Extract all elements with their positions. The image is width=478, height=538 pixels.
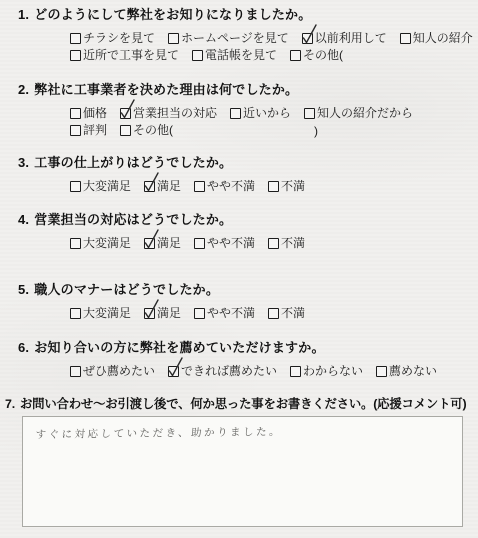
option-row: 大変満足満足やや不満不満 <box>70 235 468 252</box>
checkbox-option[interactable]: 電話帳を見て <box>192 47 277 64</box>
checkbox[interactable] <box>192 50 203 61</box>
question-block: 3.工事の仕上がりはどうでしたか。大変満足満足やや不満不満 <box>18 155 468 195</box>
checkbox-option[interactable]: 近所で工事を見て <box>70 47 179 64</box>
option-label: その他( <box>133 122 173 139</box>
question-title-text: 営業担当の対応はどうでしたか。 <box>34 212 232 227</box>
checkbox-option[interactable]: チラシを見て <box>70 30 155 47</box>
checkbox[interactable] <box>120 125 131 136</box>
checkbox[interactable] <box>194 181 205 192</box>
option-label: その他( <box>303 47 343 64</box>
option-label: 近いから <box>243 105 291 122</box>
checkbox-checked[interactable] <box>144 181 155 192</box>
option-label: 満足 <box>157 305 181 322</box>
checkbox-option[interactable]: その他() <box>120 122 318 139</box>
option-label: 不満 <box>281 178 305 195</box>
checkbox-option[interactable]: その他() <box>290 47 478 64</box>
option-row: 近所で工事を見て電話帳を見てその他() <box>70 47 468 64</box>
checkbox-option[interactable]: ぜひ薦めたい <box>70 363 155 380</box>
question-number: 3. <box>18 155 29 170</box>
checkbox-option[interactable]: 知人の紹介だから <box>304 105 413 122</box>
option-row: 大変満足満足やや不満不満 <box>70 305 468 322</box>
question-number: 6. <box>18 340 29 355</box>
question-title-text: どのようにして弊社をお知りになりましたか。 <box>34 7 311 22</box>
question-number: 5. <box>18 282 29 297</box>
checkbox-checked[interactable] <box>120 108 131 119</box>
checkbox[interactable] <box>70 125 81 136</box>
option-label: 近所で工事を見て <box>83 47 179 64</box>
checkbox-option[interactable]: 営業担当の対応 <box>120 105 217 122</box>
question-block: 6.お知り合いの方に弊社を薦めていただけますか。ぜひ薦めたいできれば薦めたいわか… <box>18 340 468 380</box>
checkbox[interactable] <box>70 181 81 192</box>
question-options: 大変満足満足やや不満不満 <box>18 305 468 322</box>
checkbox-option[interactable]: 満足 <box>144 235 181 252</box>
question-title-text: 弊社に工事業者を決めた理由は何でしたか。 <box>34 82 298 97</box>
checkbox-option[interactable]: 満足 <box>144 178 181 195</box>
checkbox-option[interactable]: 不満 <box>268 235 305 252</box>
option-label: 価格 <box>83 105 107 122</box>
option-label: 以前利用して <box>315 30 387 47</box>
question-block: 4.営業担当の対応はどうでしたか。大変満足満足やや不満不満 <box>18 212 468 252</box>
option-label: 不満 <box>281 305 305 322</box>
checkbox-option[interactable]: やや不満 <box>194 178 255 195</box>
option-row: ぜひ薦めたいできれば薦めたいわからない薦めない <box>70 363 468 380</box>
question-number: 1. <box>18 7 29 22</box>
question-title: 1.どのようにして弊社をお知りになりましたか。 <box>18 7 468 23</box>
survey-form: 1.どのようにして弊社をお知りになりましたか。チラシを見てホームページを見て以前… <box>0 0 478 527</box>
option-label: 満足 <box>157 235 181 252</box>
option-label: 知人の紹介 <box>413 30 473 47</box>
checkbox-checked[interactable] <box>144 308 155 319</box>
option-label: やや不満 <box>207 305 255 322</box>
checkbox[interactable] <box>70 308 81 319</box>
checkbox[interactable] <box>70 50 81 61</box>
checkbox[interactable] <box>268 308 279 319</box>
option-label: 大変満足 <box>83 305 131 322</box>
checkbox[interactable] <box>376 366 387 377</box>
option-label: やや不満 <box>207 235 255 252</box>
question-number: 2. <box>18 82 29 97</box>
checkbox[interactable] <box>194 308 205 319</box>
option-label: 電話帳を見て <box>205 47 277 64</box>
checkbox[interactable] <box>168 33 179 44</box>
question-list: 1.どのようにして弊社をお知りになりましたか。チラシを見てホームページを見て以前… <box>18 7 468 527</box>
question-title: 3.工事の仕上がりはどうでしたか。 <box>18 155 468 171</box>
question-block: 5.職人のマナーはどうでしたか。大変満足満足やや不満不満 <box>18 282 468 322</box>
option-suffix: ) <box>314 124 318 138</box>
checkbox-checked[interactable] <box>168 366 179 377</box>
comment-box[interactable]: すぐに対応していただき、助かりました。 <box>22 416 463 527</box>
question-options: 大変満足満足やや不満不満 <box>18 235 468 252</box>
question-title-text: 職人のマナーはどうでしたか。 <box>34 282 219 297</box>
question-title: 4.営業担当の対応はどうでしたか。 <box>18 212 468 228</box>
question-number: 4. <box>18 212 29 227</box>
checkbox[interactable] <box>70 366 81 377</box>
checkbox-option[interactable]: ホームページを見て <box>168 30 289 47</box>
question-title: 7.お問い合わせ〜お引渡し後で、何か思った事をお書きください。(応援コメント可) <box>5 396 468 412</box>
option-row: 評判その他() <box>70 122 468 139</box>
checkbox[interactable] <box>304 108 315 119</box>
checkbox-option[interactable]: 大変満足 <box>70 235 131 252</box>
checkbox-checked[interactable] <box>144 238 155 249</box>
checkbox[interactable] <box>268 238 279 249</box>
question-options: 価格営業担当の対応近いから知人の紹介だから評判その他() <box>18 105 468 139</box>
checkbox[interactable] <box>290 50 301 61</box>
checkbox[interactable] <box>268 181 279 192</box>
question-block: 2.弊社に工事業者を決めた理由は何でしたか。価格営業担当の対応近いから知人の紹介… <box>18 82 468 139</box>
other-blank-line[interactable] <box>343 50 478 62</box>
option-label: ぜひ薦めたい <box>83 363 155 380</box>
checkbox-option[interactable]: 評判 <box>70 122 107 139</box>
option-row: チラシを見てホームページを見て以前利用して知人の紹介 <box>70 30 468 47</box>
checkbox[interactable] <box>290 366 301 377</box>
option-label: 評判 <box>83 122 107 139</box>
question-title: 5.職人のマナーはどうでしたか。 <box>18 282 468 298</box>
checkbox[interactable] <box>70 238 81 249</box>
other-blank-line[interactable] <box>173 125 313 137</box>
handwritten-comment: すぐに対応していただき、助かりました。 <box>35 422 452 442</box>
checkbox-option[interactable]: やや不満 <box>194 305 255 322</box>
question-options: チラシを見てホームページを見て以前利用して知人の紹介近所で工事を見て電話帳を見て… <box>18 30 468 64</box>
checkbox-option[interactable]: 大変満足 <box>70 178 131 195</box>
checkbox-option[interactable]: 不満 <box>268 178 305 195</box>
checkbox-option[interactable]: 近いから <box>230 105 291 122</box>
option-label: 知人の紹介だから <box>317 105 413 122</box>
option-label: できれば薦めたい <box>181 363 277 380</box>
option-label: 薦めない <box>389 363 437 380</box>
option-label: 不満 <box>281 235 305 252</box>
checkbox[interactable] <box>230 108 241 119</box>
checkbox-checked[interactable] <box>302 33 313 44</box>
checkbox-option[interactable]: やや不満 <box>194 235 255 252</box>
question-block: 1.どのようにして弊社をお知りになりましたか。チラシを見てホームページを見て以前… <box>18 7 468 64</box>
checkbox[interactable] <box>194 238 205 249</box>
checkbox-option[interactable]: 大変満足 <box>70 305 131 322</box>
question-options: 大変満足満足やや不満不満 <box>18 178 468 195</box>
option-label: 大変満足 <box>83 235 131 252</box>
option-label: わからない <box>303 363 363 380</box>
question-title-text: お知り合いの方に弊社を薦めていただけますか。 <box>34 340 324 355</box>
option-label: 満足 <box>157 178 181 195</box>
checkbox-option[interactable]: できれば薦めたい <box>168 363 277 380</box>
option-label: 大変満足 <box>83 178 131 195</box>
option-label: やや不満 <box>207 178 255 195</box>
checkbox-option[interactable]: 知人の紹介 <box>400 30 473 47</box>
checkbox-option[interactable]: 薦めない <box>376 363 437 380</box>
checkbox-option[interactable]: 満足 <box>144 305 181 322</box>
question-options: ぜひ薦めたいできれば薦めたいわからない薦めない <box>18 363 468 380</box>
question-title: 6.お知り合いの方に弊社を薦めていただけますか。 <box>18 340 468 356</box>
question-number: 7. <box>5 397 15 411</box>
checkbox-option[interactable]: 以前利用して <box>302 30 387 47</box>
question-title-text: お問い合わせ〜お引渡し後で、何か思った事をお書きください。(応援コメント可) <box>20 397 466 411</box>
question-block: 7.お問い合わせ〜お引渡し後で、何か思った事をお書きください。(応援コメント可)… <box>5 396 468 527</box>
option-row: 大変満足満足やや不満不満 <box>70 178 468 195</box>
checkbox-option[interactable]: 不満 <box>268 305 305 322</box>
checkbox[interactable] <box>70 108 81 119</box>
option-row: 価格営業担当の対応近いから知人の紹介だから <box>70 105 468 122</box>
option-label: チラシを見て <box>83 30 155 47</box>
checkbox-option[interactable]: 価格 <box>70 105 107 122</box>
question-title: 2.弊社に工事業者を決めた理由は何でしたか。 <box>18 82 468 98</box>
option-label: ホームページを見て <box>181 30 289 47</box>
checkbox[interactable] <box>70 33 81 44</box>
checkbox-option[interactable]: わからない <box>290 363 363 380</box>
question-title-text: 工事の仕上がりはどうでしたか。 <box>34 155 232 170</box>
checkbox[interactable] <box>400 33 411 44</box>
option-label: 営業担当の対応 <box>133 105 217 122</box>
